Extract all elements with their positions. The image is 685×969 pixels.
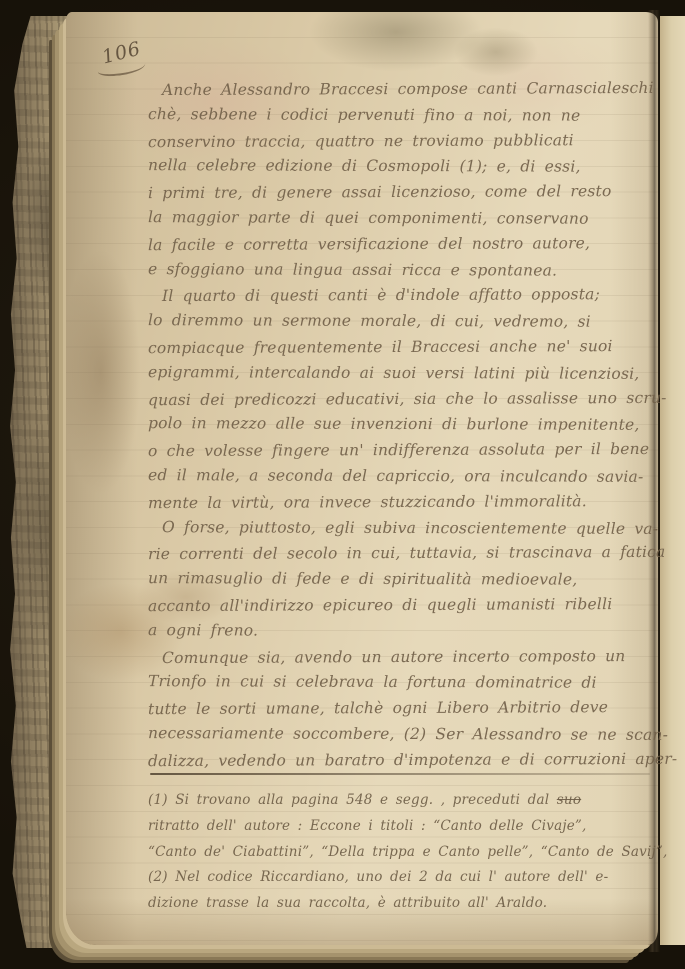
footnote-text: (1) Si trovano alla pagina 548 e segg. ,… — [148, 792, 557, 808]
manuscript-line: tutte le sorti umane, talchè ogni Libero… — [148, 695, 660, 723]
manuscript-line: epigrammi, intercalando ai suoi versi la… — [148, 360, 660, 388]
footnote-line: “Canto de' Ciabattini”, “Della trippa e … — [148, 840, 660, 866]
manuscript-line: accanto all'indirizzo epicureo di quegli… — [148, 592, 660, 620]
manuscript-line: nella celebre edizione di Cosmopoli (1);… — [148, 153, 660, 181]
manuscript-line: quasi dei predicozzi educativi, sia che … — [148, 385, 660, 413]
manuscript-line: ed il male, a seconda del capriccio, ora… — [148, 463, 660, 491]
manuscript-line: mente la virtù, ora invece stuzzicando l… — [148, 489, 660, 517]
footnotes: (1) Si trovano alla pagina 548 e segg. ,… — [148, 788, 660, 917]
manuscript-line: Trionfo in cui si celebrava la fortuna d… — [148, 669, 660, 697]
manuscript-line: Comunque sia, avendo un autore incerto c… — [148, 643, 660, 671]
manuscript-line: polo in mezzo alle sue invenzioni di bur… — [148, 411, 660, 439]
manuscript-line: necessariamente soccombere, (2) Ser Ales… — [148, 721, 660, 749]
adjacent-page-sliver — [660, 16, 685, 945]
manuscript-line: la maggior parte di quei componimenti, c… — [148, 205, 660, 233]
manuscript-text: Anche Alessandro Braccesi compose canti … — [148, 77, 660, 774]
manuscript-line: a ogni freno. — [148, 618, 660, 646]
footnote-line: (1) Si trovano alla pagina 548 e segg. ,… — [148, 788, 660, 814]
manuscript-line: rie correnti del secolo in cui, tuttavia… — [148, 540, 660, 568]
manuscript-line: Il quarto di questi canti è d'indole aff… — [148, 282, 660, 310]
manuscript-line: o che volesse fingere un' indifferenza a… — [148, 437, 660, 465]
footnote-line: ritratto dell' autore : Eccone i titoli … — [148, 814, 660, 840]
scanned-manuscript-page: 106 Anche Alessandro Braccesi compose ca… — [0, 0, 685, 969]
manuscript-line: la facile e corretta versificazione del … — [148, 231, 660, 259]
manuscript-line: dalizza, vedendo un baratro d'impotenza … — [148, 747, 660, 775]
struck-word: suo — [557, 792, 581, 808]
footnote-separator-rule — [150, 773, 650, 775]
manuscript-line: compiacque frequentemente il Braccesi an… — [148, 334, 660, 362]
manuscript-line: un rimasuglio di fede e di spiritualità … — [148, 566, 660, 594]
footnote-line: dizione trasse la sua raccolta, è attrib… — [148, 891, 660, 917]
manuscript-line: i primi tre, di genere assai licenzioso,… — [148, 179, 660, 207]
manuscript-line: chè, sebbene i codici pervenuti fino a n… — [148, 102, 660, 130]
manuscript-line: e sfoggiano una lingua assai ricca e spo… — [148, 257, 660, 285]
manuscript-line: conservino traccia, quattro ne troviamo … — [148, 127, 660, 155]
footnote-line: (2) Nel codice Riccardiano, uno dei 2 da… — [148, 865, 660, 891]
manuscript-line: O forse, piuttosto, egli subiva incoscie… — [148, 515, 660, 543]
manuscript-line: lo diremmo un sermone morale, di cui, ve… — [148, 308, 660, 336]
manuscript-line: Anche Alessandro Braccesi compose canti … — [148, 76, 660, 104]
